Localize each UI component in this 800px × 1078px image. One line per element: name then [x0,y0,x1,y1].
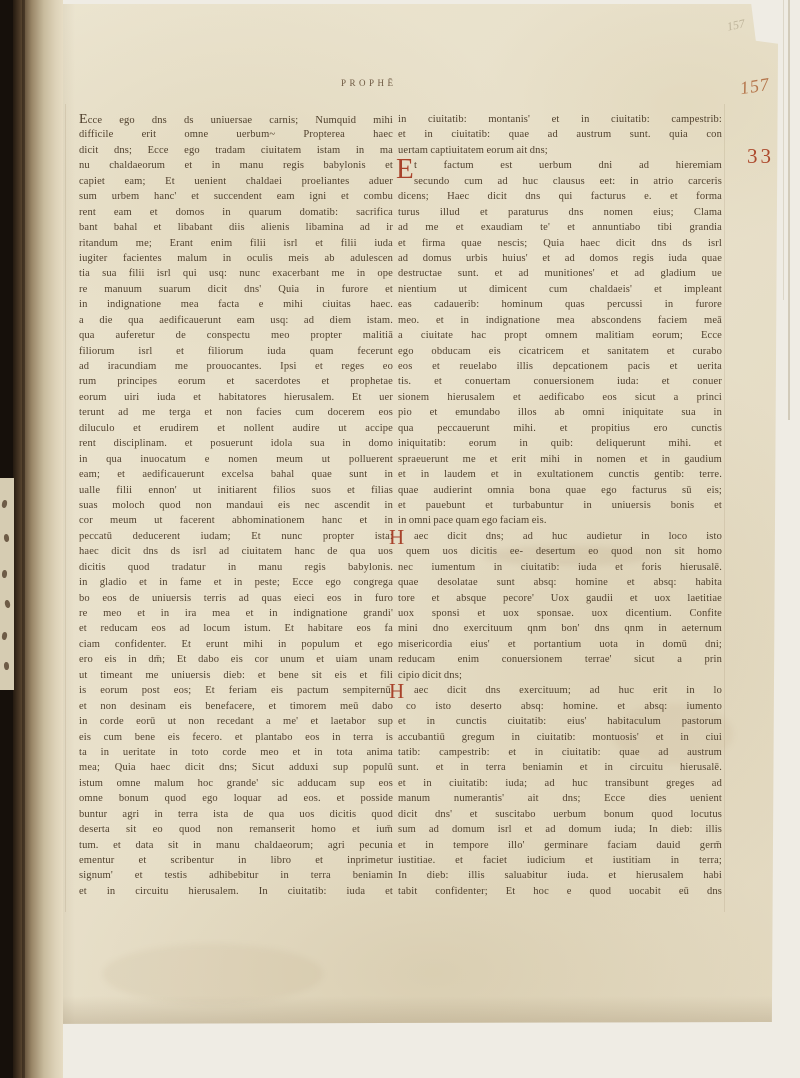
manuscript-line: ego obducam eis cicatricem et sanitatem … [398,344,722,359]
manuscript-line: nec iumentum in ciuitatib: iuda et foris… [398,560,722,575]
manuscript-line: istum omne malum hoc grande' sic adducam… [79,776,393,791]
manuscript-line: et in laudem et in exultationem cunctis … [398,467,722,482]
manuscript-line: iustitiae. et faciet iudicium et iustiti… [398,853,722,868]
manuscript-line: eos et reuelabo illis depcationem pacis … [398,359,722,374]
manuscript-line: et in ciuitatib: quae ad austrum sunt. q… [398,127,722,142]
ruling-guide-line [65,104,66,912]
manuscript-line: ta in ueritate in toto corde meo et in t… [79,745,393,760]
text-column-right: in ciuitatib: montanis' et in ciuitatib:… [398,112,722,899]
manuscript-line: qua auferetur de conspectu meo propter m… [79,328,393,343]
manuscript-line: uox sponsi et uox sponsae. uox dicentium… [398,606,722,621]
manuscript-line: omne bonum quod ego loquar ad eos. et po… [79,791,393,806]
manuscript-line: a ciuitate hac propt omnem malitiam eoru… [398,328,722,343]
manuscript-line: tore et absque pecore' Uox gaudii et uox… [398,591,722,606]
manuscript-line: uertam captiuitatem eorum ait dns; [398,143,722,158]
manuscript-line: dicitis quod tradatur in manu regis baby… [79,560,393,575]
manuscript-line: rum principes eorum et sacerdotes et pro… [79,374,393,389]
bottom-shadow [13,996,778,1024]
manuscript-line: eam; et aedificauerunt excelsa bahal qua… [79,467,393,482]
manuscript-line: ad iracundiam me prouocantes. Ipsi et re… [79,359,393,374]
running-title: PROPHĒ [341,78,397,88]
manuscript-line: dicit dns' et suscitabo uerbum bonum quo… [398,807,722,822]
manuscript-line: ut timeant me uniuersis dieb: et bene si… [79,668,393,683]
manuscript-line: iugiter facientes malum in oculis meis a… [79,251,393,266]
under-page-edge-2 [783,0,784,300]
manuscript-line: cor meum ut facerent abhominationem hanc… [79,513,393,528]
manuscript-line: et reducam eos ad locum istum. Et habita… [79,621,393,636]
manuscript-line: tia sua filii isrl qui usq: nunc exacerb… [79,266,393,281]
manuscript-line: ero eis in dm̄; Et dabo eis cor unum et … [79,652,393,667]
manuscript-line: pio et emundabo illos ab omni iniquitate… [398,405,722,420]
manuscript-line: terunt ad me terga et non facies cum doc… [79,405,393,420]
manuscript-line: tatib: campestrib: et in ciuitatib: quae… [398,745,722,760]
manuscript-leaf: PROPHĒ 157 157 33 Ecce ego dns ds uniuer… [13,4,778,1024]
manuscript-line: in indignatione mea facta e mihi ciuitas… [79,297,393,312]
chapter-number: 33 [747,144,774,169]
manuscript-line: difficile erit omne uerbum~ Propterea ha… [79,127,393,142]
manuscript-line: in omni pace quam ego faciam eis. [398,513,722,528]
folio-number-faint: 157 [726,16,747,34]
manuscript-line: capiet eam; Et uenient chaldaei proelian… [79,174,393,189]
manuscript-line: secundo cum ad huc clausus eet: in atrio… [398,174,722,189]
manuscript-line: peccatū deducerent iudam; Et nunc propte… [79,529,393,544]
manuscript-line: ementur et scribentur in libro et inprim… [79,853,393,868]
manuscript-line: haec dicit dns ds isrl ad ciuitatem hanc… [79,544,393,559]
manuscript-line: In dieb: illis saluabitur iuda. et hieru… [398,868,722,883]
manuscript-line: in ciuitatib: montanis' et in ciuitatib:… [398,112,722,127]
manuscript-line: Haec dicit dns exercituum; ad huc erit i… [398,683,722,698]
manuscript-line: et in tempore illo' germinare faciam dau… [398,838,722,853]
manuscript-line: tabit confidenter; Et hoc e quod uocabit… [398,884,722,899]
manuscript-photo: PROPHĒ 157 157 33 Ecce ego dns ds uniuer… [0,0,800,1078]
manuscript-line: ad domus urbis huius' et ad domos regis … [398,251,722,266]
manuscript-line: filiorum isrl et filiorum iuda quam fece… [79,344,393,359]
manuscript-line: Haec dicit dns; ad huc audietur in loco … [398,529,722,544]
manuscript-line: accubantiū gregum in ciuitatib: montuosi… [398,730,722,745]
manuscript-line: ualle filii ennon' ut initiarent filios … [79,483,393,498]
manuscript-line: in gladio et in fame et in peste; Ecce e… [79,575,393,590]
manuscript-line: et in circuitu hierusalem. In ciuitatib:… [79,884,393,899]
manuscript-line: dicens; Haec dicit dns qui facturus e. e… [398,189,722,204]
manuscript-line: Ecce ego dns ds uniuersae carnis; Numqui… [79,112,393,127]
facing-page-edge-marks [0,478,14,690]
manuscript-line: iniquitatib: eorum in quib: deliquerunt … [398,436,722,451]
manuscript-line: buntur agri in terra ista de qua uos dic… [79,807,393,822]
manuscript-line: eas cadauerib: hominum quas percussi in … [398,297,722,312]
manuscript-line: et pauebunt et turbabuntur in uniuersis … [398,498,722,513]
manuscript-line: re meo et in ira mea et in indignatione … [79,606,393,621]
manuscript-line: a die qua aedificauerunt eam usq: ad die… [79,313,393,328]
manuscript-line: misericordia eius' et portantium uota in… [398,637,722,652]
manuscript-line: turus illud et paraturus dns nomen eius;… [398,205,722,220]
manuscript-line: manum numerantis' ait dns; Ecce dies uen… [398,791,722,806]
manuscript-line: re manuum suarum dicit dns' Quia in furo… [79,282,393,297]
parchment-stain [103,944,323,1004]
manuscript-line: co isto deserto absq: homine. et absq: i… [398,699,722,714]
manuscript-line: cipio dicit dns; [398,668,722,683]
manuscript-line: nientium ut dimicent cum chaldaeis' et i… [398,282,722,297]
manuscript-line: meo. et in indignatione mea abscondens f… [398,313,722,328]
manuscript-line: bo eos de uniuersis terris ad quas eieci… [79,591,393,606]
folio-number: 157 [739,74,772,99]
manuscript-line: signum' et testis adhibebitur in terra b… [79,868,393,883]
manuscript-line: is eorum post eos; Et feriam eis pactum … [79,683,393,698]
manuscript-line: et firma quae nescis; Quia haec dicit dn… [398,236,722,251]
manuscript-line: quem uos dicitis ee- desertum eo quod no… [398,544,722,559]
manuscript-line: destructae sunt. et ad munitiones' et ad… [398,266,722,281]
ruling-guide-line [724,104,725,912]
manuscript-line: et in ciuitatib: iuda; ad huc transibunt… [398,776,722,791]
manuscript-line: bant bahal et libabant diis alienis liba… [79,220,393,235]
manuscript-line: sum urbem hanc' et succendent eam igni e… [79,189,393,204]
rubric-initial: E [79,112,88,127]
manuscript-line: quae desolatae sunt absq: homine et absq… [398,575,722,590]
manuscript-line: eis cum bene eis fecero. et plantabo eos… [79,730,393,745]
manuscript-line: sunt. et in terra beniamin et in circuit… [398,760,722,775]
manuscript-line: ciam confidenter. Et erunt mihi in popul… [79,637,393,652]
manuscript-line: dicit dns; Ecce ego tradam ciuitatem ist… [79,143,393,158]
manuscript-line: et non desinam eis benefacere, et timore… [79,699,393,714]
manuscript-line: eorum uiri iuda et habitatores hierusale… [79,390,393,405]
manuscript-line: et in cunctis ciuitatib: eius' habitacul… [398,714,722,729]
manuscript-line: diluculo et erudirem et nollent audire u… [79,421,393,436]
manuscript-line: rent eam et domos in quarum domatib: sac… [79,205,393,220]
manuscript-line: mea; Quia haec dicit dns; Sicut adduxi s… [79,760,393,775]
manuscript-line: suas moloch quod non mandaui eis nec asc… [79,498,393,513]
manuscript-line: tum. et data sit in manu chaldaeorum; ag… [79,838,393,853]
manuscript-line: mini dno exercituum qnm bon' dns qnm in … [398,621,722,636]
manuscript-line: tis. et conuertam conuersionem iuda: et … [398,374,722,389]
manuscript-line: in qua inuocatum e nomen meum ut polluer… [79,452,393,467]
manuscript-line: reducam enim conuersionem terrae' sicut … [398,652,722,667]
under-page-edge [788,0,790,420]
manuscript-line: quae audierint omnia bona quae ego factu… [398,483,722,498]
text-column-left: Ecce ego dns ds uniuersae carnis; Numqui… [79,112,393,899]
manuscript-line: ritandum me; Erant enim filii isrl et fi… [79,236,393,251]
manuscript-line: spraeuerunt me et erit mihi in nomen et … [398,452,722,467]
manuscript-line: Et factum est uerbum dni ad hieremiam [398,158,722,173]
manuscript-line: rent disciplinam. et posuerunt idola sua… [79,436,393,451]
manuscript-line: ad me et exaudiam te' et annuntiabo tibi… [398,220,722,235]
manuscript-line: qua peccauerunt mihi. et propitius ero c… [398,421,722,436]
page-stack-gutter [13,0,63,1078]
manuscript-line: sionem hierusalem et aedificabo eos sicu… [398,390,722,405]
manuscript-line: sum ad domum isrl et ad domum iuda; In d… [398,822,722,837]
manuscript-line: deserta sit eo quod non remanserit homo … [79,822,393,837]
manuscript-line: in corde eorū ut non recedant a me' et l… [79,714,393,729]
manuscript-line: nu chaldaeorum et in manu regis babyloni… [79,158,393,173]
